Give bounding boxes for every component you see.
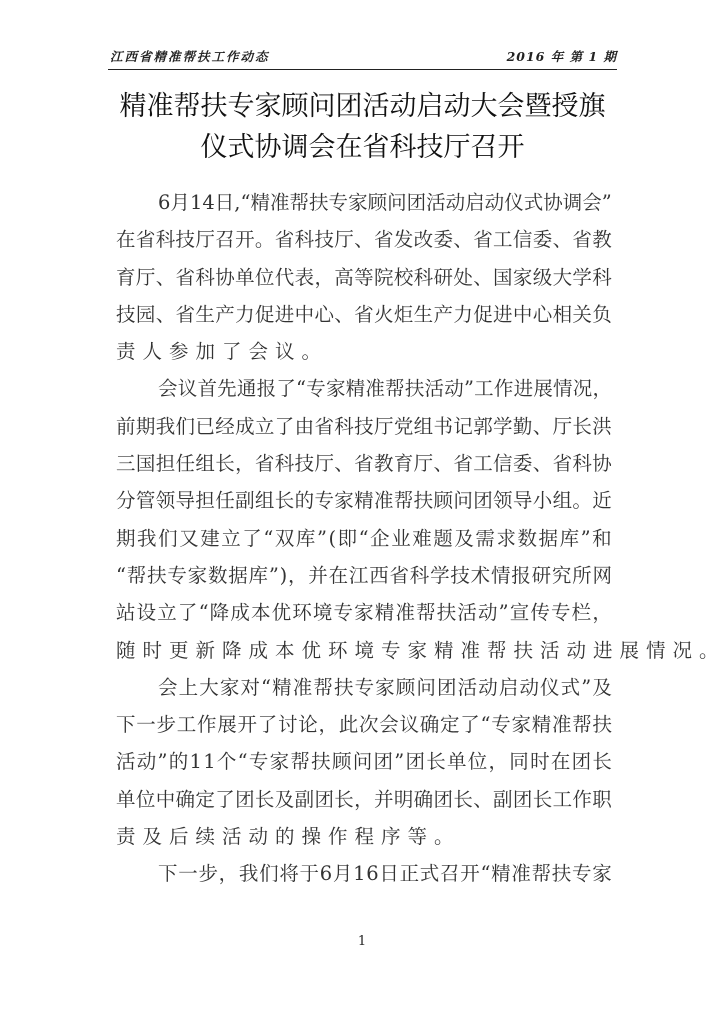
body-line: 活动”的11个“专家帮扶顾问团”团长单位，同时在团长 xyxy=(116,743,612,780)
body-line: 单位中确定了团长及副团长，并明确团长、副团长工作职 xyxy=(116,781,612,818)
running-header: 江西省精准帮扶工作动态 2016 年 第 1 期 xyxy=(108,47,617,70)
body-line: 前期我们已经成立了由省科技厅党组书记郭学勤、厅长洪 xyxy=(116,408,612,445)
document-page: 江西省精准帮扶工作动态 2016 年 第 1 期 精准帮扶专家顾问团活动启动大会… xyxy=(0,0,724,1024)
body-line: 在省科技厅召开。省科技厅、省发改委、省工信委、省教 xyxy=(116,221,612,258)
article-body: 6月14日,“精准帮扶专家顾问团活动启动仪式协调会” 在省科技厅召开。省科技厅、… xyxy=(116,184,612,893)
body-line: 下一步，我们将于6月16日正式召开“精准帮扶专家 xyxy=(116,855,612,892)
body-line: 期我们又建立了“双库”(即“企业难题及需求数据库”和 xyxy=(116,520,612,557)
article-title: 精准帮扶专家顾问团活动启动大会暨授旗 仪式协调会在省科技厅召开 xyxy=(108,86,617,168)
body-line: 随时更新降成本优环境专家精准帮扶活动进展情况。 xyxy=(116,632,612,669)
body-line: 站设立了“降成本优环境专家精准帮扶活动”宣传专栏， xyxy=(116,594,612,631)
body-line: 责人参加了会议。 xyxy=(116,333,612,370)
body-line: 6月14日,“精准帮扶专家顾问团活动启动仪式协调会” xyxy=(116,184,612,221)
body-line: 会议首先通报了“专家精准帮扶活动”工作进展情况， xyxy=(116,370,612,407)
body-line: 技园、省生产力促进中心、省火炬生产力促进中心相关负 xyxy=(116,296,612,333)
body-line: 责及后续活动的操作程序等。 xyxy=(116,818,612,855)
body-line: “帮扶专家数据库”)，并在江西省科学技术情报研究所网 xyxy=(116,557,612,594)
body-line: 分管领导担任副组长的专家精准帮扶顾问团领导小组。近 xyxy=(116,482,612,519)
page-number: 1 xyxy=(352,934,372,949)
body-line: 育厅、省科协单位代表，高等院校科研处、国家级大学科 xyxy=(116,259,612,296)
title-line-1: 精准帮扶专家顾问团活动启动大会暨授旗 xyxy=(108,86,617,127)
body-line: 三国担任组长，省科技厅、省教育厅、省工信委、省科协 xyxy=(116,445,612,482)
body-line: 会上大家对“精准帮扶专家顾问团活动启动仪式”及 xyxy=(116,669,612,706)
title-line-2: 仪式协调会在省科技厅召开 xyxy=(108,127,617,168)
body-line: 下一步工作展开了讨论，此次会议确定了“专家精准帮扶 xyxy=(116,706,612,743)
issue-number: 2016 年 第 1 期 xyxy=(507,49,617,65)
publication-name: 江西省精准帮扶工作动态 xyxy=(110,49,270,65)
